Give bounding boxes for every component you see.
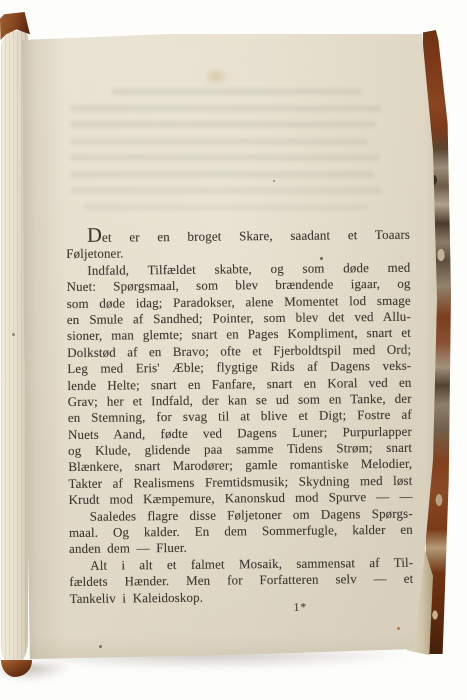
foxing-speck (273, 180, 275, 182)
showthrough-text (70, 171, 374, 178)
showthrough-text (70, 121, 376, 128)
showthrough-text (112, 88, 362, 95)
text-line: fældets Hænder. Men for Forfatteren selv… (69, 571, 413, 591)
foxing-speck (397, 627, 400, 630)
foxing-stain (204, 68, 228, 85)
page-text-lines: Det er en broget Skare, saadant et Toaar… (66, 227, 414, 607)
foxing-speck (12, 333, 15, 336)
foxing-speck (99, 645, 102, 648)
book-photo: Det er en broget Skare, saadant et Toaar… (0, 0, 467, 700)
showthrough-text (70, 187, 382, 194)
showthrough-text (84, 204, 368, 211)
signature-mark: 1* (294, 602, 308, 614)
initial-capital: D (87, 225, 102, 247)
text-line: Tankeliv i Kaleidoskop. (69, 587, 413, 607)
page-text: Det er en broget Skare, saadant et Toaar… (66, 227, 414, 607)
book-page: Det er en broget Skare, saadant et Toaar… (20, 28, 440, 662)
showthrough-text (70, 138, 368, 145)
showthrough-text (70, 105, 382, 112)
showthrough-text (70, 154, 380, 161)
